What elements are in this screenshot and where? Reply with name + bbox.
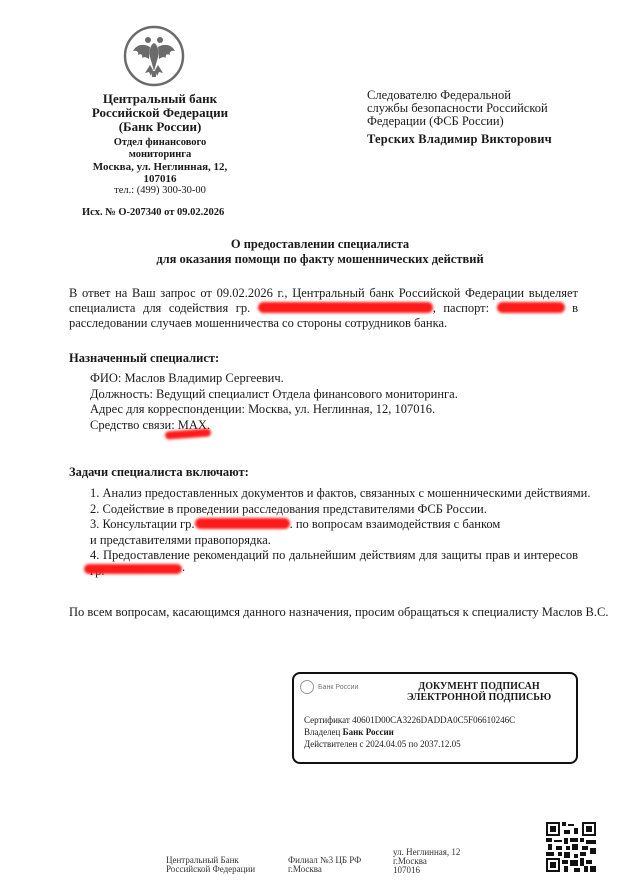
bank-name-line: Российской Федерации: [60, 106, 260, 120]
specialist-heading: Назначенный специалист:: [69, 351, 219, 366]
specialist-address: Адрес для корреспонденции: Москва, ул. Н…: [90, 402, 458, 418]
specialist-fio: ФИО: Маслов Владимир Сергеевич.: [90, 371, 458, 387]
bank-letterhead: Центральный банк Российской Федерации (Б…: [60, 92, 260, 197]
signature-title-line: ДОКУМЕНТ ПОДПИСАН: [394, 681, 564, 692]
letter-subject: О предоставлении специалиста для оказани…: [60, 237, 580, 267]
specialist-details: ФИО: Маслов Владимир Сергеевич. Должност…: [90, 371, 458, 433]
signature-logo-text: Банк России: [318, 684, 358, 691]
body-line-1: В ответ на Ваш запрос от 09.02.2026 г., …: [69, 286, 578, 301]
body-text: в: [572, 301, 578, 315]
signature-title: ДОКУМЕНТ ПОДПИСАН ЭЛЕКТРОННОЙ ПОДПИСЬЮ: [394, 681, 564, 703]
footer-address: ул. Неглинная, 12 г.Москва 107016: [393, 848, 460, 875]
address-line: 107016: [60, 173, 260, 185]
certificate-value: 40601D00CA3226DADDA0C5F06610246C: [352, 715, 515, 725]
specialist-position: Должность: Ведущий специалист Отдела фин…: [90, 387, 458, 403]
certificate-label: Сертификат: [304, 715, 350, 725]
body-text: специалиста для содействия гр.: [69, 301, 250, 315]
redacted-passport: [497, 302, 565, 313]
redaction-mark: [165, 428, 211, 439]
bank-emblem-icon: [123, 25, 185, 87]
redacted-name: [258, 302, 433, 313]
owner-label: Владелец: [304, 727, 340, 737]
owner-line: Владелец Банк России: [304, 726, 515, 738]
task-item: 3. Консультации гр.. по вопросам взаимод…: [90, 517, 578, 533]
recipient-block: Следователю Федеральной службы безопасно…: [367, 89, 597, 128]
qr-code-icon: [546, 822, 596, 872]
owner-value: Банк России: [343, 727, 394, 737]
redacted-name: [84, 564, 182, 574]
subject-line: для оказания помощи по факту мошенническ…: [60, 252, 580, 267]
body-text: , паспорт:: [433, 301, 489, 315]
footer-line: г.Москва: [288, 865, 361, 874]
footer-branch: Филиал №3 ЦБ РФ г.Москва: [288, 856, 361, 874]
task-item: 2. Содействие в проведении расследования…: [90, 502, 578, 518]
signature-info: Сертификат 40601D00CA3226DADDA0C5F066102…: [304, 714, 515, 750]
recipient-line: Федерации (ФСБ России): [367, 115, 597, 128]
address-line: Москва, ул. Неглинная, 12,: [60, 161, 260, 173]
body-paragraph: В ответ на Ваш запрос от 09.02.2026 г., …: [69, 286, 578, 331]
signature-title-line: ЭЛЕКТРОННОЙ ПОДПИСЬЮ: [394, 692, 564, 703]
bank-name-line: (Банк России): [60, 120, 260, 134]
signature-logo: Банк России: [300, 680, 358, 694]
task-item: 1. Анализ предоставленных документов и ф…: [90, 486, 578, 502]
bank-emblem-icon: [300, 680, 314, 694]
subject-line: О предоставлении специалиста: [60, 237, 580, 252]
task-item-end: .: [182, 560, 185, 575]
validity-line: Действителен с 2024.04.05 по 2037.12.05: [304, 738, 515, 750]
recipient-name: Терских Владимир Викторович: [367, 132, 552, 147]
phone-line: тел.: (499) 300-30-00: [60, 185, 260, 197]
footer-line: Российской Федерации: [166, 865, 255, 874]
footer-bank: Центральный Банк Российской Федерации: [166, 856, 255, 874]
body-line-3: расследовании случаев мошенничества со с…: [69, 316, 578, 331]
footer-line: 107016: [393, 866, 460, 875]
closing-text: По всем вопросам, касающимся данного наз…: [69, 605, 608, 620]
redacted-name: [195, 518, 290, 529]
task-text: . по вопросам взаимодействия с банком: [290, 517, 501, 531]
electronic-signature-stamp: Банк России ДОКУМЕНТ ПОДПИСАН ЭЛЕКТРОННО…: [292, 672, 578, 764]
task-text: 3. Консультации гр.: [90, 517, 195, 531]
tasks-heading: Задачи специалиста включают:: [69, 465, 249, 480]
department-line: мониторинга: [60, 149, 260, 161]
specialist-contact: Средство связи: MAX.: [90, 418, 458, 434]
outgoing-reference: Исх. № О-207340 от 09.02.2026: [82, 207, 224, 218]
certificate-line: Сертификат 40601D00CA3226DADDA0C5F066102…: [304, 714, 515, 726]
task-item-continuation: и представителями правопорядка.: [90, 533, 578, 549]
department-line: Отдел финансового: [60, 137, 260, 149]
body-line-2: специалиста для содействия гр. , паспорт…: [69, 301, 578, 316]
bank-name-line: Центральный банк: [60, 92, 260, 106]
